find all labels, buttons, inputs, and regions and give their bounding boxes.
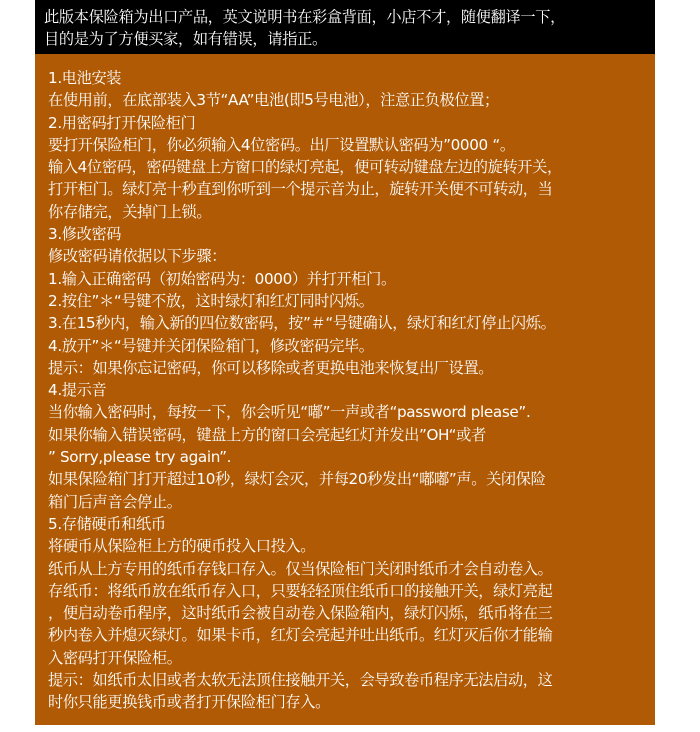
instruction-line: 纸币从上方专用的纸币存钱口存入。仅当保险柜门关闭时纸币才会自动卷入。 bbox=[48, 558, 649, 580]
instruction-line: 在使用前，在底部装入3节“AA”电池(即5号电池），注意正负极位置； bbox=[48, 89, 649, 111]
banner-line: 此版本保险箱为出口产品，英文说明书在彩盒背面，小店不才，随便翻译一下， bbox=[44, 6, 647, 28]
instruction-line: 如果你输入错误密码，键盘上方的窗口会亮起红灯并发出”OH“或者 bbox=[48, 424, 649, 446]
section-heading-change-password: 3.修改密码 bbox=[48, 223, 649, 245]
instruction-step: 1.输入正确密码（初始密码为：0000）并打开柜门。 bbox=[48, 268, 649, 290]
instruction-tip: 时你只能更换钱币或者打开保险柜门存入。 bbox=[48, 691, 649, 713]
section-heading-open-with-password: 2.用密码打开保险柜门 bbox=[48, 112, 649, 134]
instruction-line: ，便启动卷币程序，这时纸币会被自动卷入保险箱内，绿灯闪烁，纸币将在三 bbox=[48, 602, 649, 624]
instruction-line: 入密码打开保险柜。 bbox=[48, 647, 649, 669]
instruction-line: 打开柜门。绿灯亮十秒直到你听到一个提示音为止，旋转开关便不可转动，当 bbox=[48, 178, 649, 200]
instructions-panel: 1.电池安装 在使用前，在底部装入3节“AA”电池(即5号电池），注意正负极位置… bbox=[35, 54, 655, 725]
section-heading-sounds: 4.提示音 bbox=[48, 379, 649, 401]
instruction-line: 输入4位密码，密码键盘上方窗口的绿灯亮起，便可转动键盘左边的旋转开关， bbox=[48, 156, 649, 178]
instruction-line: ” Sorry,please try again”. bbox=[48, 446, 649, 468]
instruction-line: 你存储完，关掉门上锁。 bbox=[48, 201, 649, 223]
instruction-step: 3.在15秒内，输入新的四位数密码，按”＃“号键确认，绿灯和红灯停止闪烁。 bbox=[48, 312, 649, 334]
instruction-line: 要打开保险柜门，你必须输入4位密码。出厂设置默认密码为”0000 “。 bbox=[48, 134, 649, 156]
section-heading-battery: 1.电池安装 bbox=[48, 67, 649, 89]
instruction-line: 如果保险箱门打开超过10秒，绿灯会灭，并每20秒发出“嘟嘟”声。关闭保险 bbox=[48, 468, 649, 490]
translator-note-banner: 此版本保险箱为出口产品，英文说明书在彩盒背面，小店不才，随便翻译一下， 目的是为… bbox=[35, 0, 655, 54]
instruction-tip: 提示：如果你忘记密码，你可以移除或者更换电池来恢复出厂设置。 bbox=[48, 357, 649, 379]
instruction-line: 修改密码请依据以下步骤： bbox=[48, 245, 649, 267]
instruction-step: 2.按住”＊“号键不放，这时绿灯和红灯同时闪烁。 bbox=[48, 290, 649, 312]
instruction-line: 存纸币：将纸币放在纸币存入口，只要轻轻顶住纸币口的接触开关，绿灯亮起 bbox=[48, 580, 649, 602]
section-heading-coins-and-bills: 5.存储硬币和纸币 bbox=[48, 513, 649, 535]
banner-line: 目的是为了方便买家，如有错误，请指正。 bbox=[44, 28, 647, 50]
instruction-line: 秒内卷入并熄灭绿灯。如果卡币，红灯会亮起并吐出纸币。红灯灭后你才能输 bbox=[48, 624, 649, 646]
instruction-line: 当你输入密码时，每按一下，你会听见“嘟”一声或者“password please… bbox=[48, 401, 649, 423]
instruction-step: 4.放开”＊“号键并关闭保险箱门，修改密码完毕。 bbox=[48, 335, 649, 357]
instruction-line: 将硬币从保险柜上方的硬币投入口投入。 bbox=[48, 535, 649, 557]
instruction-tip: 提示：如纸币太旧或者太软无法顶住接触开关，会导致卷币程序无法启动，这 bbox=[48, 669, 649, 691]
instruction-line: 箱门后声音会停止。 bbox=[48, 491, 649, 513]
